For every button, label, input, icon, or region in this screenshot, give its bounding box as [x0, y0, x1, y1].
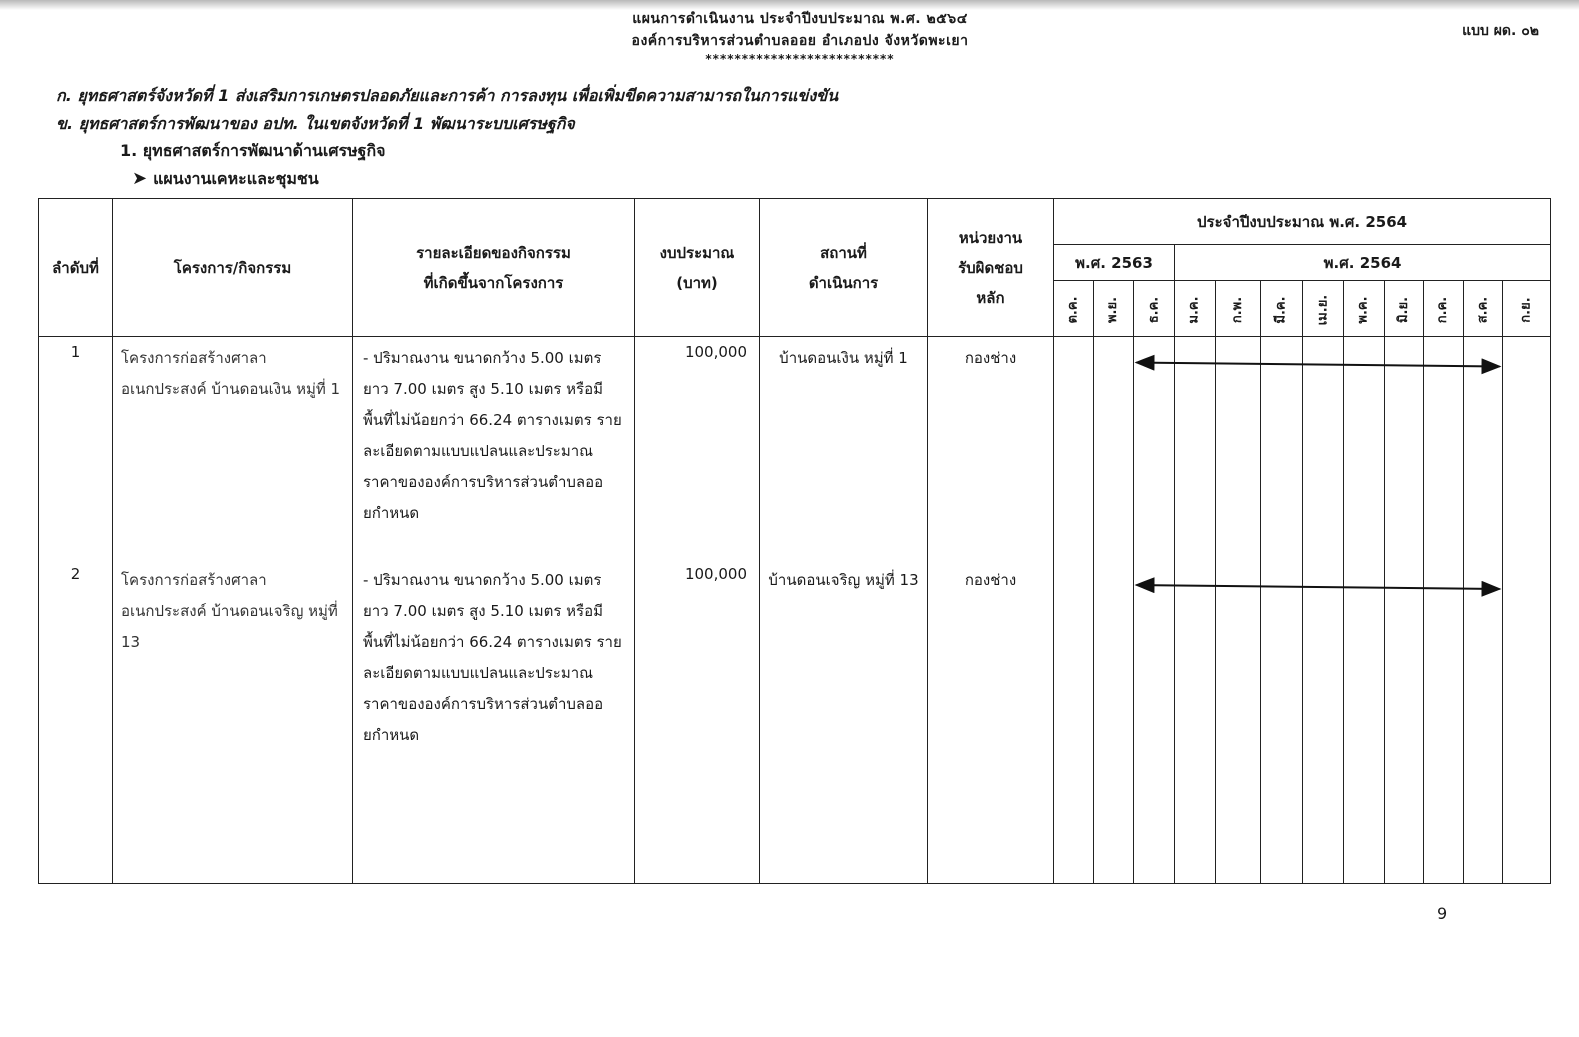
responsible-unit: กองช่าง — [928, 559, 1054, 884]
month-label: ม.ค. — [1180, 296, 1210, 323]
col-header-month: มิ.ย. — [1385, 281, 1424, 337]
month-label: ธ.ค. — [1139, 296, 1169, 323]
col-header-place-line1: สถานที่ — [760, 238, 927, 268]
location: บ้านดอนเจริญ หมู่ที่ 13 — [760, 559, 928, 884]
schedule-cell — [1134, 559, 1175, 884]
page-number: 9 — [1437, 904, 1447, 923]
col-header-month: ก.ค. — [1424, 281, 1464, 337]
plan-heading: ➤แผนงานเคหะและชุมชน — [132, 167, 319, 192]
col-header-place-line2: ดำเนินการ — [760, 268, 927, 298]
schedule-cell — [1385, 337, 1424, 560]
development-strategy: 1. ยุทธศาสตร์การพัฒนาด้านเศรษฐกิจ — [120, 139, 386, 164]
location: บ้านดอนเงิน หมู่ที่ 1 — [760, 337, 928, 560]
schedule-cell — [1503, 559, 1551, 884]
form-code: แบบ ผด. ๐๒ — [1462, 20, 1539, 42]
header-title-line2: องค์การบริหารส่วนตำบลออย อำเภอปง จังหวัด… — [560, 30, 1040, 52]
schedule-cell — [1094, 559, 1134, 884]
schedule-cell — [1344, 337, 1385, 560]
project-name: โครงการก่อสร้างศาลาอเนกประสงค์ บ้านดอนเง… — [113, 337, 353, 560]
schedule-cell — [1054, 559, 1094, 884]
operation-plan-table: ลำดับที่ โครงการ/กิจกรรม รายละเอียดของกิ… — [38, 198, 1551, 884]
month-label: มี.ค. — [1267, 296, 1297, 323]
schedule-cell — [1216, 337, 1261, 560]
schedule-cell — [1134, 337, 1175, 560]
col-header-unit-line2: รับผิดชอบ — [928, 253, 1053, 283]
month-label: เม.ย. — [1308, 294, 1338, 325]
schedule-cell — [1344, 559, 1385, 884]
col-header-year-2563: พ.ศ. 2563 — [1054, 245, 1175, 281]
col-header-project: โครงการ/กิจกรรม — [113, 199, 353, 337]
col-header-month: ก.พ. — [1216, 281, 1261, 337]
col-header-month: ม.ค. — [1175, 281, 1216, 337]
budget-amount: 100,000 — [635, 337, 760, 560]
month-label: มิ.ย. — [1389, 296, 1419, 322]
table-row: 2โครงการก่อสร้างศาลาอเนกประสงค์ บ้านดอนเ… — [39, 559, 1551, 884]
schedule-cell — [1261, 337, 1303, 560]
schedule-cell — [1464, 337, 1503, 560]
activity-detail: - ปริมาณงาน ขนาดกว้าง 5.00 เมตร ยาว 7.00… — [353, 337, 635, 560]
schedule-cell — [1261, 559, 1303, 884]
col-header-no: ลำดับที่ — [39, 199, 113, 337]
schedule-cell — [1464, 559, 1503, 884]
col-header-budget-line2: (บาท) — [635, 268, 759, 298]
schedule-cell — [1216, 559, 1261, 884]
month-label: พ.ค. — [1349, 296, 1379, 323]
table-row: 1โครงการก่อสร้างศาลาอเนกประสงค์ บ้านดอนเ… — [39, 337, 1551, 560]
schedule-cell — [1424, 559, 1464, 884]
document-header: แผนการดำเนินงาน ประจำปีงบประมาณ พ.ศ. ๒๕๖… — [560, 8, 1040, 66]
schedule-cell — [1385, 559, 1424, 884]
month-label: ก.ย. — [1512, 297, 1542, 322]
col-header-detail-line2: ที่เกิดขึ้นจากโครงการ — [353, 268, 634, 298]
month-label: ส.ค. — [1468, 296, 1498, 323]
col-header-fiscal-year: ประจำปีงบประมาณ พ.ศ. 2564 — [1054, 199, 1551, 245]
project-name: โครงการก่อสร้างศาลาอเนกประสงค์ บ้านดอนเจ… — [113, 559, 353, 884]
budget-amount: 100,000 — [635, 559, 760, 884]
col-header-unit-line1: หน่วยงาน — [928, 223, 1053, 253]
schedule-cell — [1175, 559, 1216, 884]
row-number: 2 — [39, 559, 113, 884]
schedule-cell — [1175, 337, 1216, 560]
month-label: พ.ย. — [1098, 296, 1128, 322]
col-header-month: พ.ย. — [1094, 281, 1134, 337]
month-label: ก.ค. — [1428, 296, 1458, 322]
activity-detail: - ปริมาณงาน ขนาดกว้าง 5.00 เมตร ยาว 7.00… — [353, 559, 635, 884]
col-header-unit-line3: หลัก — [928, 283, 1053, 313]
schedule-cell — [1303, 559, 1344, 884]
local-strategy: ข. ยุทธศาสตร์การพัฒนาของ อปท. ในเขตจังหว… — [56, 112, 575, 137]
col-header-month: ธ.ค. — [1134, 281, 1175, 337]
header-divider-stars: ************************** — [560, 52, 1040, 66]
schedule-cell — [1503, 337, 1551, 560]
schedule-cell — [1303, 337, 1344, 560]
responsible-unit: กองช่าง — [928, 337, 1054, 560]
schedule-cell — [1054, 337, 1094, 560]
row-number: 1 — [39, 337, 113, 560]
col-header-place: สถานที่ ดำเนินการ — [760, 199, 928, 337]
col-header-detail-line1: รายละเอียดของกิจกรรม — [353, 238, 634, 268]
col-header-budget: งบประมาณ (บาท) — [635, 199, 760, 337]
col-header-month: ต.ค. — [1054, 281, 1094, 337]
schedule-cell — [1424, 337, 1464, 560]
col-header-unit: หน่วยงาน รับผิดชอบ หลัก — [928, 199, 1054, 337]
col-header-month: พ.ค. — [1344, 281, 1385, 337]
col-header-month: ส.ค. — [1464, 281, 1503, 337]
plan-name: แผนงานเคหะและชุมชน — [153, 169, 319, 188]
schedule-cell — [1094, 337, 1134, 560]
header-title-line1: แผนการดำเนินงาน ประจำปีงบประมาณ พ.ศ. ๒๕๖… — [560, 8, 1040, 30]
month-label: ต.ค. — [1058, 296, 1088, 323]
col-header-detail: รายละเอียดของกิจกรรม ที่เกิดขึ้นจากโครงก… — [353, 199, 635, 337]
col-header-month: ก.ย. — [1503, 281, 1551, 337]
bullet-arrow-icon: ➤ — [132, 168, 147, 189]
provincial-strategy: ก. ยุทธศาสตร์จังหวัดที่ 1 ส่งเสริมการเกษ… — [56, 84, 838, 109]
col-header-month: เม.ย. — [1303, 281, 1344, 337]
month-label: ก.พ. — [1223, 296, 1253, 322]
col-header-budget-line1: งบประมาณ — [635, 238, 759, 268]
col-header-month: มี.ค. — [1261, 281, 1303, 337]
col-header-year-2564: พ.ศ. 2564 — [1175, 245, 1551, 281]
